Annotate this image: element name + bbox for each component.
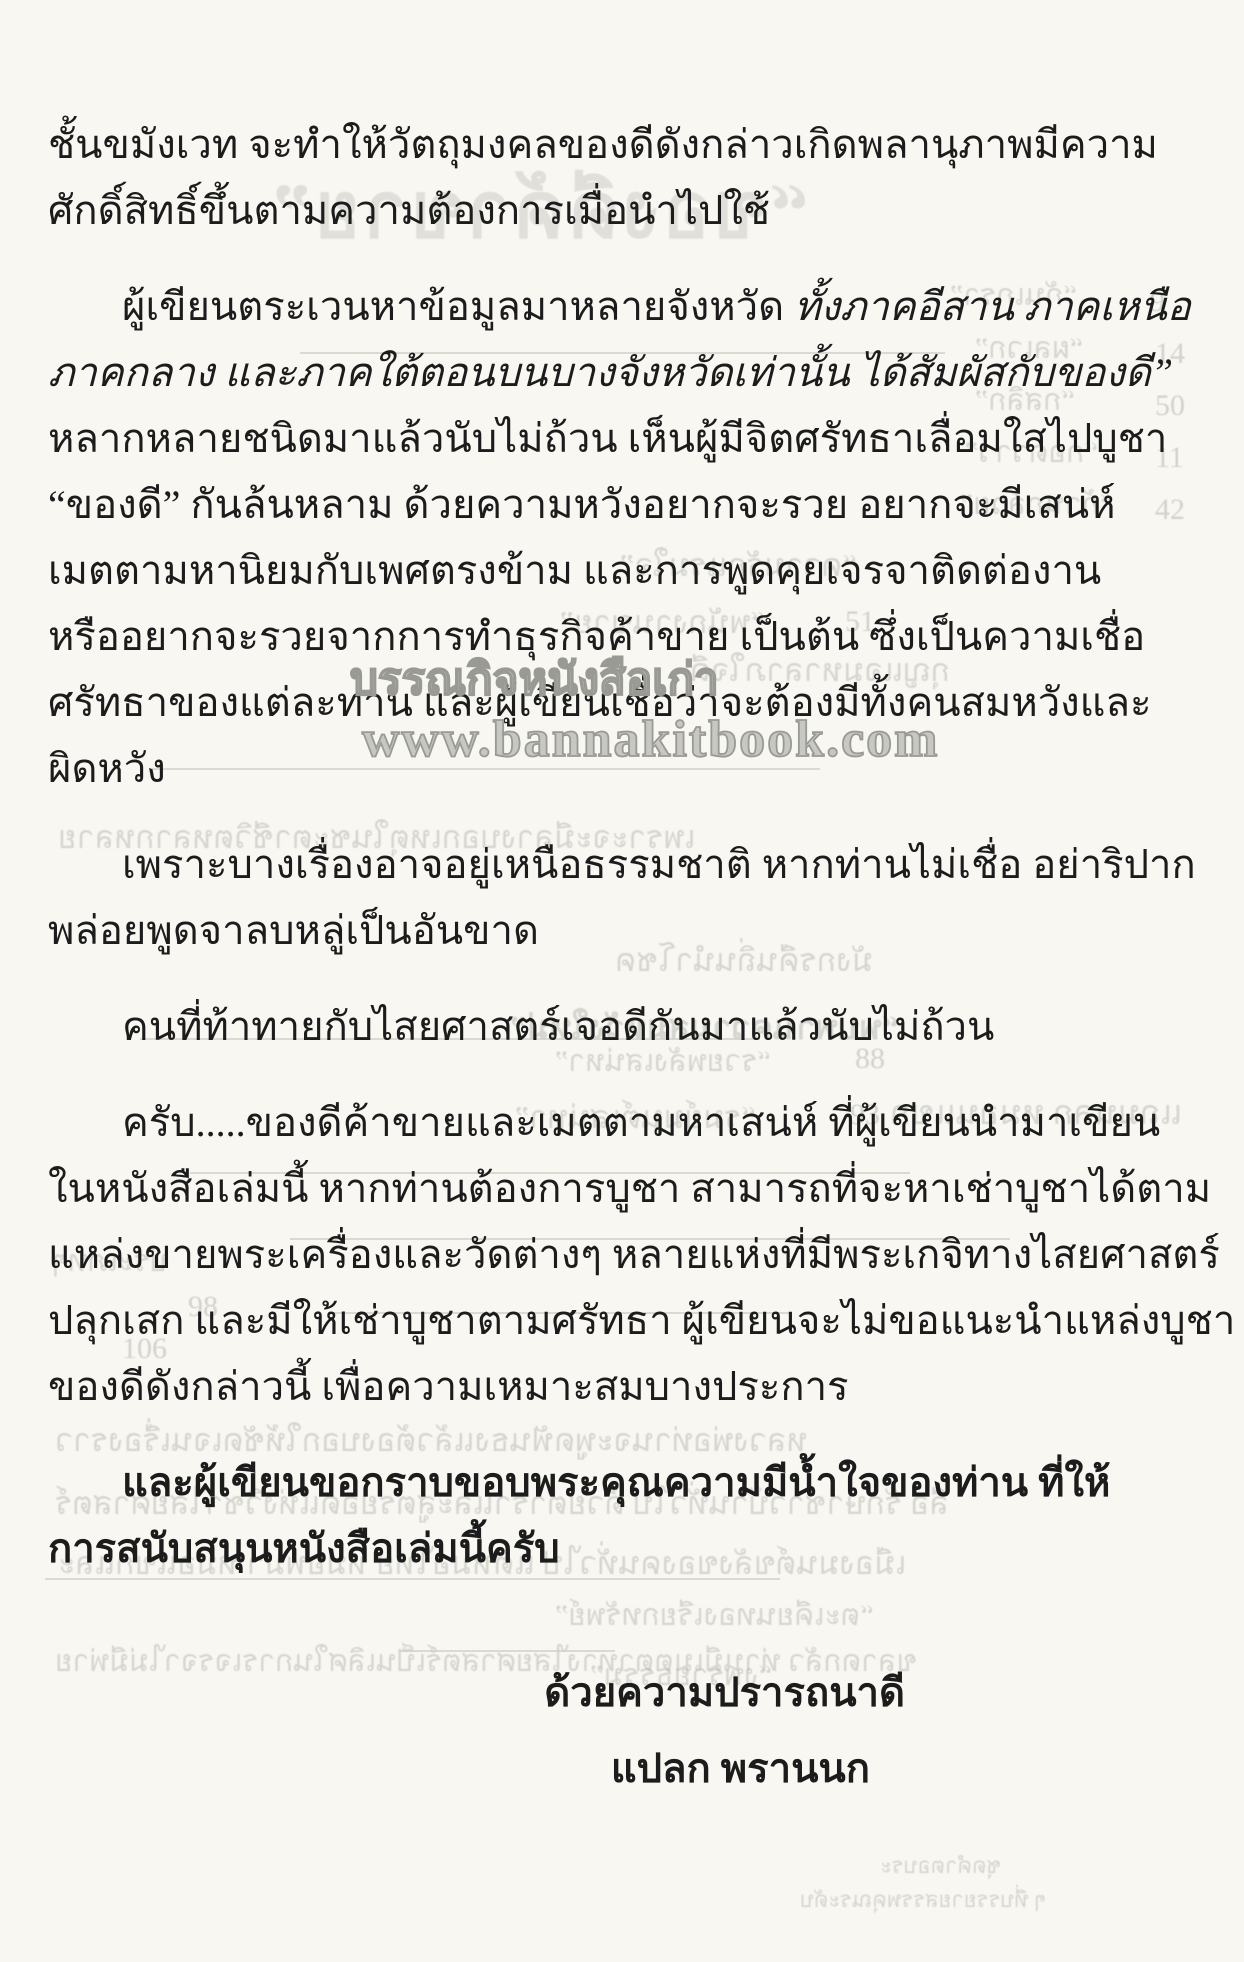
text-line: แหล่งขายพระเครื่องและวัดต่างๆ หลายแห่งที…	[48, 1222, 958, 1288]
text-line: คนที่ท้าทายกับไสยศาสตร์เจอดีกันมาแล้วนับ…	[48, 994, 958, 1060]
text-line-bold: และผู้เขียนขอกราบขอบพระคุณความมีน้ำใจของ…	[48, 1450, 958, 1516]
watermark-shop-name: บรรณกิจหนังสือเก่า	[350, 644, 719, 714]
author-name: แปลก พรานนก	[611, 1736, 870, 1800]
ghost-page-number: 42	[1155, 493, 1185, 527]
ghost-text: ๆ ที่บรรยายสรรพคุณระดับ	[800, 1882, 1046, 1917]
text-line: ภาคกลาง และภาคใต้ตอนบนบางจังหวัดเท่านั้น…	[48, 340, 958, 406]
text-segment: ผู้เขียนตระเวนหาข้อมูลมาหลายจังหวัด	[122, 284, 794, 329]
text-line: ชั้นขมังเวท จะทำให้วัตถุมงคลของดีดังกล่า…	[48, 112, 958, 178]
text-line: ปลุกเสก และมีให้เช่าบูชาตามศรัทธา ผู้เขี…	[48, 1288, 958, 1354]
text-line: ศักดิ์สิทธิ์ขึ้นตามความต้องการเมื่อนำไปใ…	[48, 178, 958, 244]
text-line: ครับ.....ของดีค้าขายและเมตตามหาเสน่ห์ ที…	[48, 1090, 958, 1156]
text-line: “ของดี” กันล้นหลาม ด้วยความหวังอยากจะรวย…	[48, 472, 958, 538]
book-page: “ของดีค้าขาย” “กันเกรา” “ผลเวก” “กสลิก” …	[0, 0, 1244, 1962]
text-line-bold: การสนับสนุนหนังสือเล่มนี้ครับ	[48, 1516, 958, 1582]
text-line: พล่อยพูดจาลบหลู่เป็นอันขาด	[48, 898, 958, 964]
text-line: หลากหลายชนิดมาแล้วนับไม่ถ้วน เห็นผู้มีจิ…	[48, 406, 958, 472]
text-line: ในหนังสือเล่มนี้ หากท่านต้องการบูชา สามา…	[48, 1156, 958, 1222]
text-segment-italic: ทั้งภาคอีสาน ภาคเหนือ	[794, 284, 1191, 329]
closing-salutation: ด้วยความปรารถนาดี	[544, 1660, 905, 1724]
text-line: เมตตามหานิยมกับเพศตรงข้าม และการพูดคุยเจ…	[48, 538, 958, 604]
ghost-text: ชุดคำตอบระ	[880, 1848, 1001, 1883]
ghost-line	[400, 1650, 615, 1652]
ghost-text: “ตะเคียนทองเรียกทรัพย์”	[555, 1592, 873, 1639]
watermark-url: www.bannakitbook.com	[362, 710, 939, 769]
text-line: ผู้เขียนตระเวนหาข้อมูลมาหลายจังหวัด ทั้ง…	[48, 274, 958, 340]
text-line: ของดีดังกล่าวนี้ เพื่อความเหมาะสมบางประก…	[48, 1354, 958, 1420]
body-text: ชั้นขมังเวท จะทำให้วัตถุมงคลของดีดังกล่า…	[48, 112, 958, 1582]
text-line: เพราะบางเรื่องอาจอยู่เหนือธรรมชาติ หากท่…	[48, 832, 958, 898]
